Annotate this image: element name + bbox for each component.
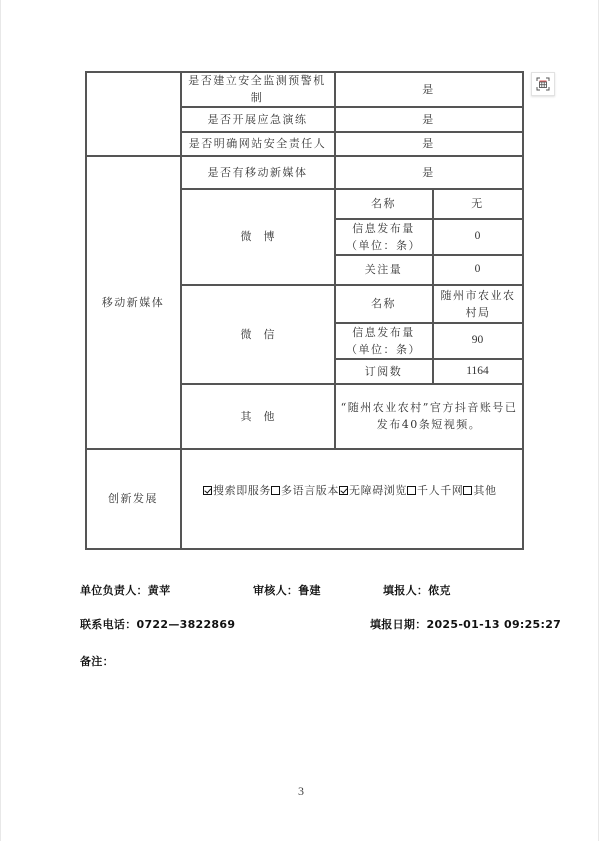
has-new-media-value: 是 — [335, 156, 522, 188]
wechat-posts-value: 90 — [433, 323, 522, 358]
option-other[interactable]: 其他 — [463, 482, 496, 499]
innovation-options: 搜索即服务 多语言版本 无障碍浏览 千人千网 其他 — [181, 449, 522, 532]
other-media-value: “随州农业农村”官方抖音账号已发布40条短视频。 — [340, 384, 518, 448]
weibo-name-value: 无 — [433, 189, 522, 218]
security-label-drill: 是否开展应急演练 — [181, 107, 334, 131]
weibo-followers-value: 0 — [433, 255, 522, 284]
weibo-posts-value: 0 — [433, 219, 522, 254]
checkbox-checked-icon[interactable] — [339, 486, 348, 495]
option-search-as-service[interactable]: 搜索即服务 — [203, 482, 271, 499]
security-value-responsible: 是 — [335, 132, 522, 155]
option-multilingual[interactable]: 多语言版本 — [271, 482, 339, 499]
wechat-label: 微信 — [181, 285, 334, 383]
checkbox-unchecked-icon[interactable] — [463, 486, 472, 495]
filler: 填报人：侬克 — [383, 582, 451, 598]
checkbox-unchecked-icon[interactable] — [407, 486, 416, 495]
checkbox-unchecked-icon[interactable] — [271, 486, 280, 495]
fill-date: 填报日期：2025-01-13 09:25:27 — [370, 616, 561, 632]
table-extract-button[interactable] — [531, 72, 555, 96]
other-media-label: 其他 — [181, 384, 334, 448]
wechat-subscribers-value: 1164 — [433, 359, 522, 383]
table-extract-icon — [536, 77, 550, 91]
wechat-name-label: 名称 — [335, 285, 432, 322]
security-value-drill: 是 — [335, 107, 522, 131]
wechat-name-value: 随州市农业农村局 — [436, 285, 520, 322]
innovation-section-label: 创新发展 — [86, 449, 180, 548]
unit-head: 单位负责人：黄苹 — [80, 582, 170, 598]
security-value-monitoring: 是 — [335, 72, 522, 106]
has-new-media-label: 是否有移动新媒体 — [181, 156, 334, 188]
weibo-posts-label: 信息发布量（单位：条） — [340, 219, 427, 254]
wechat-subscribers-label: 订阅数 — [335, 359, 432, 383]
reviewer: 审核人：鲁建 — [253, 582, 321, 598]
table-border-right — [522, 71, 524, 550]
option-accessibility[interactable]: 无障碍浏览 — [339, 482, 407, 499]
remarks: 备注： — [80, 653, 114, 669]
new-media-section-label: 移动新媒体 — [86, 156, 180, 448]
page-number: 3 — [298, 784, 304, 799]
weibo-followers-label: 关注量 — [335, 255, 432, 284]
weibo-label: 微博 — [181, 189, 334, 284]
option-personalized[interactable]: 千人千网 — [407, 482, 463, 499]
checkbox-checked-icon[interactable] — [203, 486, 212, 495]
weibo-name-label: 名称 — [335, 189, 432, 218]
security-label-monitoring: 是否建立安全监测预警机制 — [186, 72, 328, 106]
wechat-posts-label: 信息发布量（单位：条） — [340, 323, 427, 358]
security-label-responsible: 是否明确网站安全责任人 — [181, 132, 334, 155]
table-border-bottom — [85, 548, 524, 550]
contact-phone: 联系电话：0722—3822869 — [80, 616, 235, 632]
